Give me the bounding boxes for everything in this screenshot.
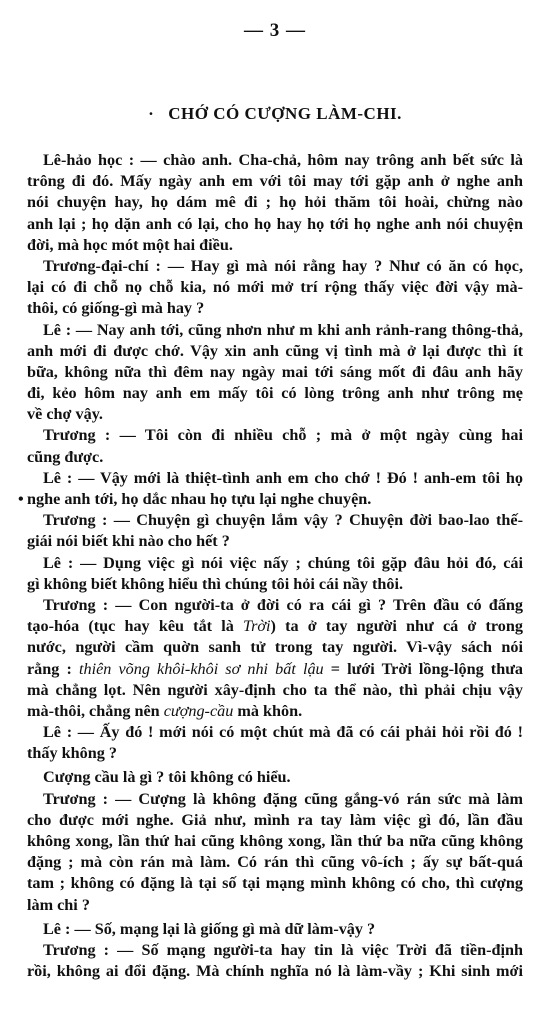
text-line: đi, kẻo hôm nay anh em mấy tôi có lòng t… — [27, 383, 523, 404]
text-line: thôi, có giống-gì mà hay ? — [27, 298, 523, 319]
text-line: Lê : — Vậy mới là thiệt-tình anh em cho … — [27, 468, 523, 489]
text-line: không xong, lần thứ hai cũng không xong,… — [27, 831, 523, 852]
chapter-title: ·CHỚ CÓ CƯỢNG LÀM-CHI. — [0, 104, 550, 124]
text-line: Trương : — Con người-ta ở đời có ra cái … — [27, 595, 523, 616]
text-line: đặng ; mà còn rán mà làm. Có rán thì cũn… — [27, 852, 523, 873]
text-line: lại có đi chỗ nọ chỗ kia, nó mới mở trí … — [27, 277, 523, 298]
italic-phrase: thiên võng khôi-khôi sơ nhi bất lậu — [79, 660, 324, 678]
text-segment: mà-thôi, chẳng nên — [27, 702, 164, 720]
text-line: anh mới đi được chớ. Vậy xin anh cũng vị… — [27, 341, 523, 362]
text-line: Lê : — Dụng việc gì nói việc nấy ; chúng… — [27, 553, 523, 574]
text-line: thấy không ? — [27, 743, 523, 764]
text-line: cũng được. — [27, 447, 523, 468]
text-line: về chợ vậy. — [27, 404, 523, 425]
book-page: — 3 — ·CHỚ CÓ CƯỢNG LÀM-CHI. Lê-hảo học … — [0, 0, 550, 1024]
italic-phrase: cượng-cầu — [164, 702, 234, 720]
text-line: Trương : — Tôi còn đi nhiều chỗ ; mà ở m… — [27, 425, 523, 446]
text-line: Lê : — Nay anh tới, cũng nhơn như m khi … — [27, 320, 523, 341]
page-number: — 3 — — [0, 20, 550, 42]
text-line: tam ; không có đặng là tại số tại mạng m… — [27, 873, 523, 894]
text-segment: = lưới Trời lồng-lộng thưa — [324, 660, 523, 678]
text-line: rồi, không ai đổi đặng. Mà chính nghĩa n… — [27, 961, 523, 982]
italic-phrase: Trời — [243, 617, 271, 635]
text-line: Lê : — Ấy đó ! mới nói có một chút mà đã… — [27, 722, 523, 743]
text-line: •nghe anh tới, họ dắc nhau họ tựu lại ng… — [27, 489, 523, 510]
text-line: nói chuyện hay, họ dám mê đi ; họ hỏi th… — [27, 192, 523, 213]
text-line: Lê : — Số, mạng lại là giống gì mà dữ là… — [27, 919, 523, 940]
text-line: làm chi ? — [27, 895, 523, 916]
text-segment: mà khôn. — [233, 702, 302, 720]
text-line: Trương : — Chuyện gì chuyện lắm vậy ? Ch… — [27, 510, 523, 531]
text-line: mà chẳng lọt. Nên người xây-định cho ta … — [27, 680, 523, 701]
text-line: anh lại ; họ dặn anh có lại, cho họ hay … — [27, 214, 523, 235]
text-line: Trương : — Cượng là không đặng cũng gắng… — [27, 789, 523, 810]
text-line: nước, người cầm quờn sanh tử trong tay n… — [27, 637, 523, 658]
text-line: bữa, không nữa thì đêm nay ngày mai tới … — [27, 362, 523, 383]
text-line: tạo-hóa (tục hay kêu tắt là Trời) ta ở t… — [27, 616, 523, 637]
text-line: mà-thôi, chẳng nên cượng-cầu mà khôn. — [27, 701, 523, 722]
text-line: Trương : — Số mạng người-ta hay tin là v… — [27, 940, 523, 961]
text-line: rằng : thiên võng khôi-khôi sơ nhi bất l… — [27, 659, 523, 680]
text-line: giái nói biết khi nào cho hết ? — [27, 531, 523, 552]
dialogue-body: Lê-hảo học : — chào anh. Cha-chả, hôm na… — [27, 150, 523, 982]
text-segment: rằng : — [27, 660, 79, 678]
text-line: Lê-hảo học : — chào anh. Cha-chả, hôm na… — [27, 150, 523, 171]
text-line: đời, mà học mót một hai điều. — [27, 235, 523, 256]
chapter-title-text: CHỚ CÓ CƯỢNG LÀM-CHI. — [168, 104, 402, 123]
text-line: trông đi đó. Mấy ngày anh em với tôi may… — [27, 171, 523, 192]
text-line: Trương-đại-chí : — Hay gì mà nói rằng ha… — [27, 256, 523, 277]
text-line: gì không biết không hiểu thì chúng tôi h… — [27, 574, 523, 595]
text-line: cho được mới nghe. Giả như, mình ra tay … — [27, 810, 523, 831]
title-dot: · — [148, 104, 154, 123]
text-line: Cượng cầu là gì ? tôi không có hiểu. — [27, 767, 523, 788]
